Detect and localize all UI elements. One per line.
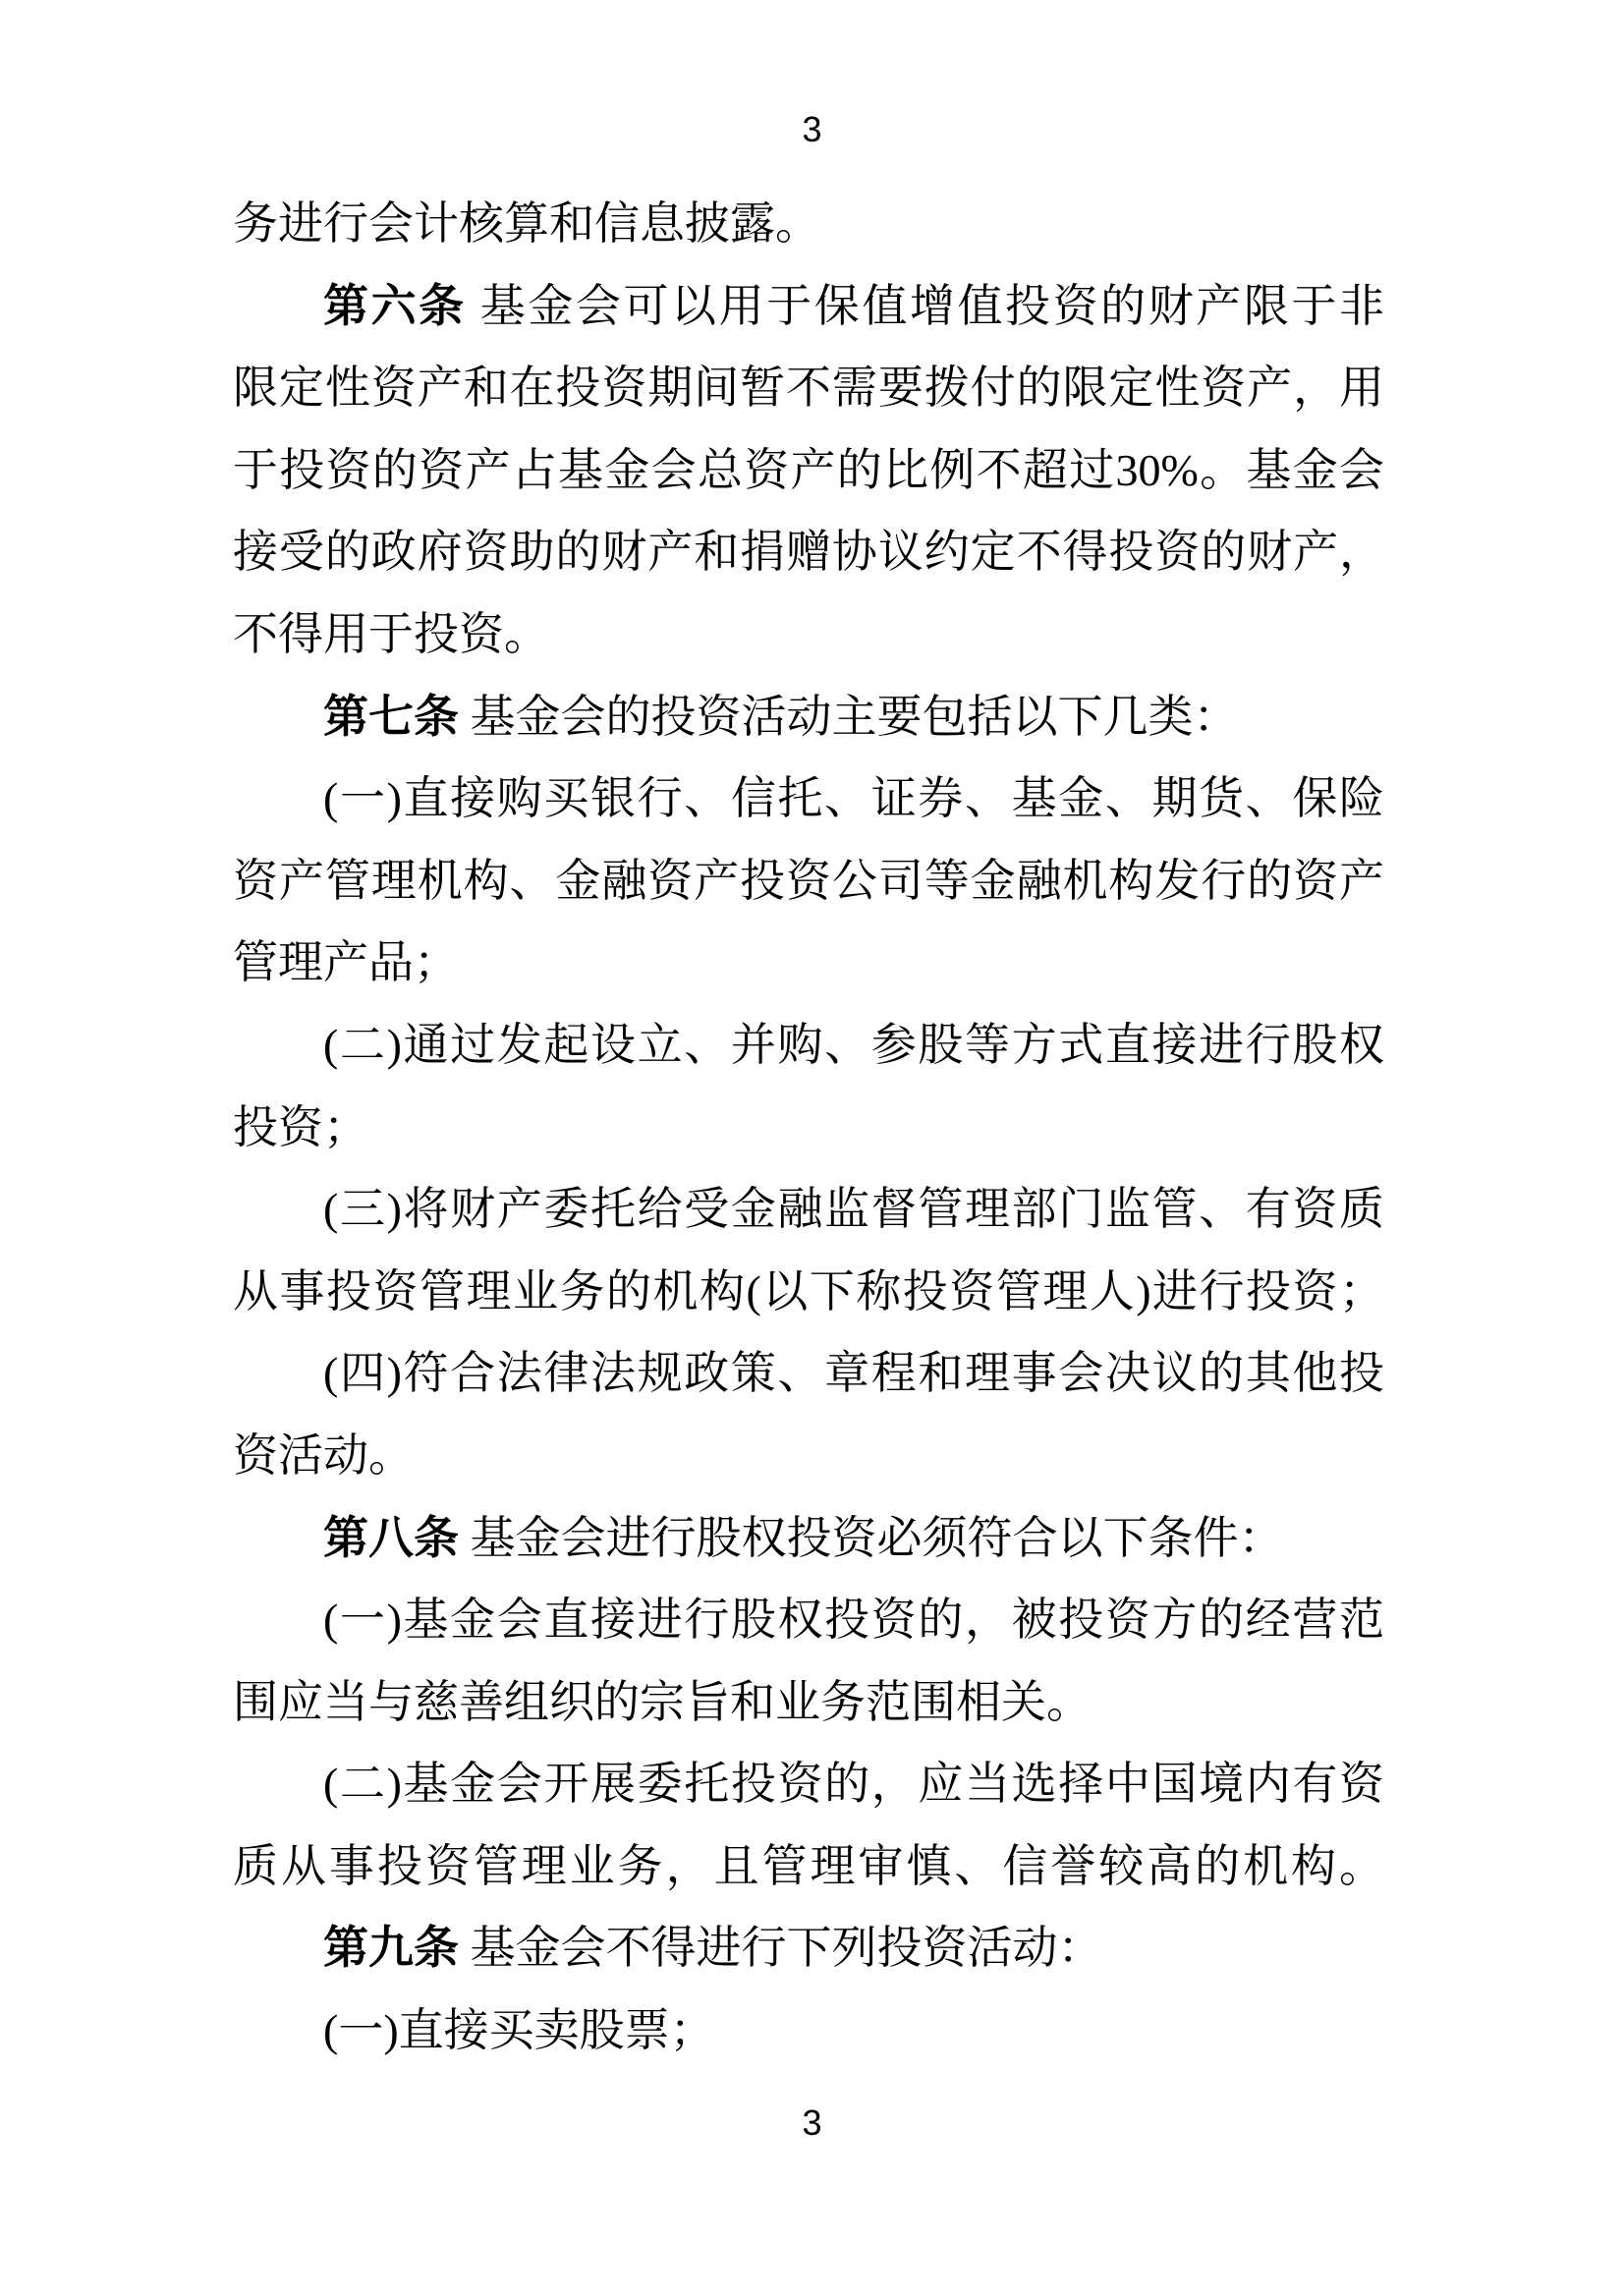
- text-segment: 投资；: [233, 1102, 368, 1152]
- text-segment: 管理产品；: [233, 937, 459, 987]
- text-segment: (四)符合法律法规政策、章程和理事会决议的其他投: [323, 1348, 1384, 1398]
- text-line: 从事投资管理业务的机构(以下称投资管理人)进行投资；: [233, 1251, 1384, 1333]
- document-body: 务进行会计核算和信息披露。第六条 基金会可以用于保值增值投资的财产限于非限定性资…: [233, 183, 1384, 2072]
- text-line: (一)直接购买银行、信托、证券、基金、期货、保险: [233, 757, 1384, 840]
- text-line: 第六条 基金会可以用于保值增值投资的财产限于非: [233, 265, 1384, 348]
- article-number-text: 第九条: [323, 1923, 459, 1973]
- document-page: 3 务进行会计核算和信息披露。第六条 基金会可以用于保值增值投资的财产限于非限定…: [0, 0, 1624, 2296]
- text-segment: 接受的政府资助的财产和捐赠协议约定不得投资的财产，: [233, 527, 1384, 577]
- text-line: (一)基金会直接进行股权投资的，被投资方的经营范: [233, 1579, 1384, 1661]
- text-line: (四)符合法律法规政策、章程和理事会决议的其他投: [233, 1332, 1384, 1415]
- text-segment: 于投资的资产占基金会总资产的比例不超过30%。基金会: [233, 445, 1384, 495]
- text-segment: 围应当与慈善组织的宗旨和业务范围相关。: [233, 1677, 1092, 1727]
- text-line: 务进行会计核算和信息披露。: [233, 183, 1384, 265]
- text-segment: 资活动。: [233, 1430, 414, 1481]
- text-segment: (一)直接买卖股票；: [323, 2005, 715, 2055]
- text-segment: 基金会不得进行下列投资活动：: [459, 1923, 1103, 1973]
- text-segment: 基金会可以用于保值增值投资的财产限于非: [467, 281, 1384, 331]
- text-line: 管理产品；: [233, 922, 1384, 1004]
- text-line: 围应当与慈善组织的宗旨和业务范围相关。: [233, 1661, 1384, 1744]
- text-segment: 质从事投资管理业务，且管理审慎、信誉较高的机构。: [233, 1841, 1384, 1891]
- text-segment: 限定性资产和在投资期间暂不需要拨付的限定性资产，用: [233, 363, 1384, 413]
- text-segment: (一)基金会直接进行股权投资的，被投资方的经营范: [323, 1595, 1384, 1645]
- text-line: 第八条 基金会进行股权投资必须符合以下条件：: [233, 1497, 1384, 1580]
- text-line: 资产管理机构、金融资产投资公司等金融机构发行的资产: [233, 840, 1384, 923]
- text-line: 不得用于投资。: [233, 593, 1384, 676]
- text-line: 于投资的资产占基金会总资产的比例不超过30%。基金会: [233, 429, 1384, 512]
- text-segment: (二)通过发起设立、并购、参股等方式直接进行股权: [323, 1020, 1384, 1070]
- page-number-bottom: 3: [0, 2103, 1624, 2143]
- text-line: 第七条 基金会的投资活动主要包括以下几类：: [233, 676, 1384, 758]
- text-segment: 基金会的投资活动主要包括以下几类：: [459, 692, 1239, 742]
- text-line: (一)直接买卖股票；: [233, 1989, 1384, 2072]
- text-line: (二)基金会开展委托投资的，应当选择中国境内有资: [233, 1743, 1384, 1825]
- page-number-top: 3: [0, 110, 1624, 149]
- text-line: 资活动。: [233, 1415, 1384, 1497]
- text-segment: (二)基金会开展委托投资的，应当选择中国境内有资: [323, 1759, 1384, 1809]
- text-line: (二)通过发起设立、并购、参股等方式直接进行股权: [233, 1004, 1384, 1087]
- text-segment: 资产管理机构、金融资产投资公司等金融机构发行的资产: [233, 856, 1384, 906]
- text-segment: (三)将财产委托给受金融监督管理部门监管、有资质: [323, 1184, 1384, 1234]
- text-line: 质从事投资管理业务，且管理审慎、信誉较高的机构。: [233, 1825, 1384, 1908]
- text-segment: 基金会进行股权投资必须符合以下条件：: [459, 1513, 1284, 1563]
- text-segment: 从事投资管理业务的机构(以下称投资管理人)进行投资；: [233, 1266, 1384, 1316]
- text-segment: 务进行会计核算和信息披露。: [233, 198, 820, 249]
- article-number-text: 第六条: [323, 281, 467, 331]
- article-number-text: 第八条: [323, 1513, 459, 1563]
- text-line: (三)将财产委托给受金融监督管理部门监管、有资质: [233, 1168, 1384, 1251]
- text-line: 第九条 基金会不得进行下列投资活动：: [233, 1907, 1384, 1989]
- text-segment: (一)直接购买银行、信托、证券、基金、期货、保险: [323, 773, 1384, 823]
- text-line: 接受的政府资助的财产和捐赠协议约定不得投资的财产，: [233, 511, 1384, 593]
- text-line: 投资；: [233, 1087, 1384, 1169]
- article-number-text: 第七条: [323, 692, 459, 742]
- text-segment: 不得用于投资。: [233, 609, 549, 659]
- text-line: 限定性资产和在投资期间暂不需要拨付的限定性资产，用: [233, 347, 1384, 429]
